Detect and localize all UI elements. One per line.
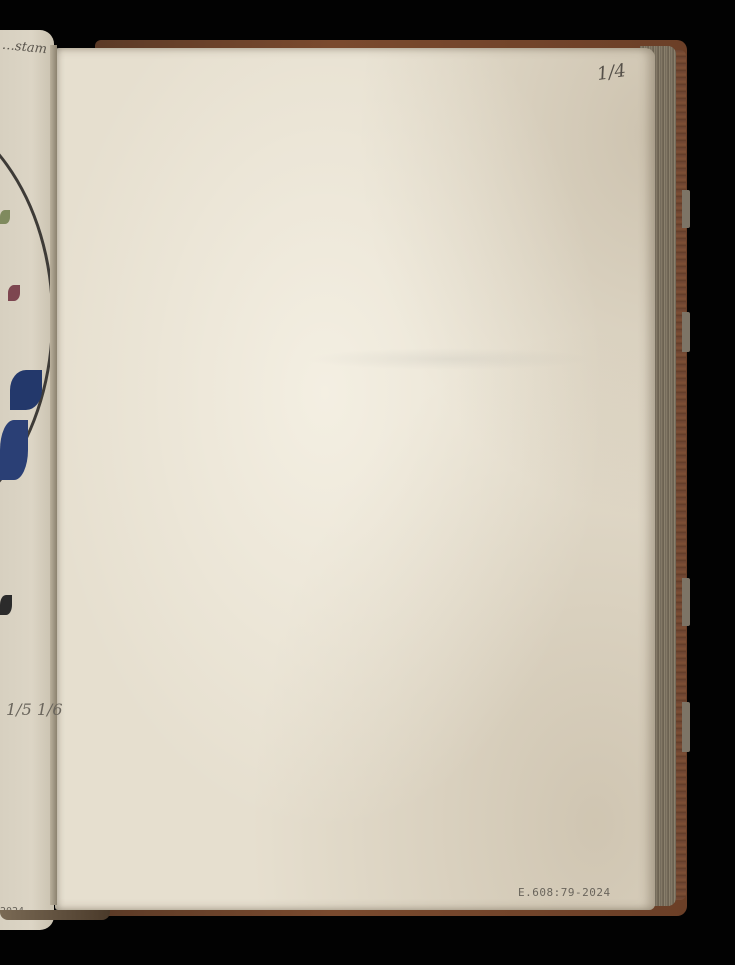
cover-bottom-edge xyxy=(0,910,110,920)
flower-bud-icon xyxy=(8,285,20,301)
faint-show-through-text xyxy=(305,348,595,370)
book-photograph: 1/4 E.608:79-2024 …stam 1/5 1/6 2024 xyxy=(0,0,735,965)
pencil-numbers: 1/5 1/6 xyxy=(6,700,63,719)
gutter xyxy=(50,45,57,905)
museum-accession-number: E.608:79-2024 xyxy=(518,886,611,899)
blue-leaf-icon xyxy=(0,420,28,480)
right-page xyxy=(55,48,655,910)
page-tab xyxy=(682,190,690,228)
page-tab xyxy=(682,578,690,626)
dark-motif-icon xyxy=(0,595,12,615)
leaf-icon xyxy=(0,210,10,224)
page-tab xyxy=(682,702,690,752)
folio-number: 1/4 xyxy=(596,60,628,85)
blue-leaf-icon xyxy=(10,370,42,410)
page-tab xyxy=(682,312,690,352)
